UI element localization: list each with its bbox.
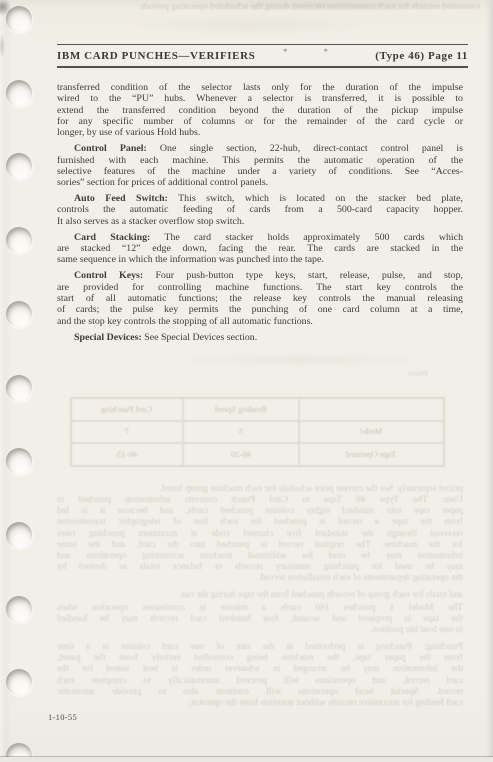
showthrough-line: may be used for punching summary records… xyxy=(57,561,463,572)
showthrough-line: information may be read for additional m… xyxy=(57,550,463,561)
showthrough-line: in one load bin position. xyxy=(57,624,463,635)
text-line: wired to the “PU” hubs. Whenever a selec… xyxy=(57,93,463,104)
text-line: longer, by use of various Hold hubs. xyxy=(57,127,463,138)
text-line: furnished with each machine. This permit… xyxy=(57,155,463,166)
binding-hole xyxy=(6,669,32,695)
text-line: of cards; the pulse key permits the punc… xyxy=(57,304,463,315)
binding-hole xyxy=(6,80,32,106)
header-rule-top xyxy=(57,44,468,46)
showthrough-table: Card PunchingReading Speed75Model46-1546… xyxy=(70,397,445,467)
showthrough-block: The Model 1 punches 160 cards a minute i… xyxy=(57,602,463,636)
paragraph: Card Stacking: The card stacker holds ap… xyxy=(57,232,463,266)
showthrough-line: from the paper tape, the machine being c… xyxy=(57,652,463,663)
showthrough-line: the information may be arranged in whate… xyxy=(57,663,463,674)
paragraph-lead: Auto Feed Switch: xyxy=(74,193,168,204)
showthrough-block: priced separately. See the current price… xyxy=(57,483,463,494)
type-page-label: (Type 46) Page 11 xyxy=(375,50,468,62)
paragraph: Control Keys: Four push-button type keys… xyxy=(57,270,463,327)
binding-hole xyxy=(6,301,32,327)
showthrough-cell: Reading Speed xyxy=(183,398,299,421)
text-line: for any specific number of columns or fo… xyxy=(57,116,463,127)
scan-margin-bottom xyxy=(0,757,493,762)
asterisk-icon: * xyxy=(324,47,329,57)
binding-hole xyxy=(6,522,32,548)
text-line: are stacked “12” edge down, facing the r… xyxy=(57,243,463,254)
text-line: extend the transferred condition beyond … xyxy=(57,105,463,116)
showthrough-line: from the tape a record is punched for ea… xyxy=(57,516,463,527)
text-line: Auto Feed Switch: This switch, which is … xyxy=(57,193,463,204)
text-line: Control Keys: Four push-button type keys… xyxy=(57,270,463,281)
showthrough-cell: Model xyxy=(299,421,444,443)
text-line: Card Stacking: The card stacker holds ap… xyxy=(57,232,463,243)
text-line: selective features of the machine under … xyxy=(57,166,463,177)
showthrough-cell: 46-20 xyxy=(183,443,299,466)
showthrough-line: Uses: The Type 46 Tape to Card Punch con… xyxy=(57,494,463,505)
doc-title: IBM CARD PUNCHES—VERIFIERS xyxy=(57,50,255,62)
showthrough-cell: 5 xyxy=(183,421,299,443)
showthrough-block: Punching: Punching is performed at the r… xyxy=(57,641,463,708)
text-line: start of all automatic functions; the re… xyxy=(57,293,463,304)
showthrough-cell: Tape Operated xyxy=(299,443,444,466)
paragraph: Special Devices: See Special Devices sec… xyxy=(57,332,463,343)
showthrough-line: Punching: Punching is performed at the r… xyxy=(57,641,463,652)
showthrough-line: received through the standard five chann… xyxy=(57,528,463,539)
showthrough-block: and totals for each group of records pun… xyxy=(57,589,463,600)
binding-hole xyxy=(6,596,32,622)
binding-hole xyxy=(6,375,32,401)
showthrough-line: the tape is prepared and wound; four hun… xyxy=(57,613,463,624)
paragraph: Auto Feed Switch: This switch, which is … xyxy=(57,193,463,227)
text-line: Control Panel: One single section, 22-hu… xyxy=(57,143,463,154)
body-text: transferred condition of the selector la… xyxy=(57,82,463,343)
footer-date: 1-10-55 xyxy=(48,712,77,722)
showthrough-caption-word: Prices xyxy=(408,368,463,379)
showthrough-cell: 46-15 xyxy=(71,443,183,466)
text-line: same sequence in which the information w… xyxy=(57,254,463,265)
paragraph-lead: Control Keys: xyxy=(74,270,143,281)
paragraph-lead: Special Devices: xyxy=(74,332,142,343)
paragraph: transferred condition of the selector la… xyxy=(57,82,463,139)
text-line: Special Devices: See Special Devices sec… xyxy=(57,332,463,343)
text-line: controls the automatic feeding of cards … xyxy=(57,204,463,215)
header-separator: * * xyxy=(283,47,328,57)
header-rule-bottom xyxy=(57,66,468,68)
showthrough-line: paper tape into standard eighty column p… xyxy=(57,505,463,516)
showthrough-cell: Card Punching xyxy=(71,398,183,421)
asterisk-icon: * xyxy=(283,47,288,57)
showthrough-block: Uses: The Type 46 Tape to Card Punch con… xyxy=(57,494,463,584)
binding-hole xyxy=(6,227,32,253)
text-line: sories” section for prices of additional… xyxy=(57,177,463,188)
showthrough-line: the operating departments of each instal… xyxy=(57,572,463,583)
paragraph-lead: Card Stacking: xyxy=(74,232,150,243)
page-header: IBM CARD PUNCHES—VERIFIERS (Type 46) Pag… xyxy=(57,46,468,65)
paragraph: Control Panel: One single section, 22-hu… xyxy=(57,143,463,188)
text-line: transferred condition of the selector la… xyxy=(57,82,463,93)
text-line: It also serves as a stacker overflow sto… xyxy=(57,216,463,227)
showthrough-line: converted records for each transmission … xyxy=(120,1,480,12)
text-line: and the stop key controls the stopping o… xyxy=(57,316,463,327)
binding-hole xyxy=(6,153,32,179)
showthrough-cell: 7 xyxy=(71,421,183,443)
showthrough-line: The Model 1 punches 160 cards a minute i… xyxy=(57,602,463,613)
binding-hole xyxy=(6,6,32,32)
showthrough-line: card feeding for successive records with… xyxy=(57,697,463,708)
paragraph-lead: Control Panel: xyxy=(74,143,147,154)
showthrough-top: converted records for each transmission … xyxy=(120,1,480,12)
showthrough-cell xyxy=(299,398,444,421)
text-line: are provided for controlling machine fun… xyxy=(57,282,463,293)
showthrough-line: for the machine. The original record is … xyxy=(57,539,463,550)
showthrough-line: card record, and operations will proceed… xyxy=(57,675,463,686)
showthrough-line: record. Special head operations will con… xyxy=(57,686,463,697)
scanned-page: converted records for each transmission … xyxy=(0,0,493,762)
binding-hole xyxy=(6,448,32,474)
showthrough-line: priced separately. See the current price… xyxy=(57,483,463,494)
showthrough-line: and totals for each group of records pun… xyxy=(57,589,463,600)
